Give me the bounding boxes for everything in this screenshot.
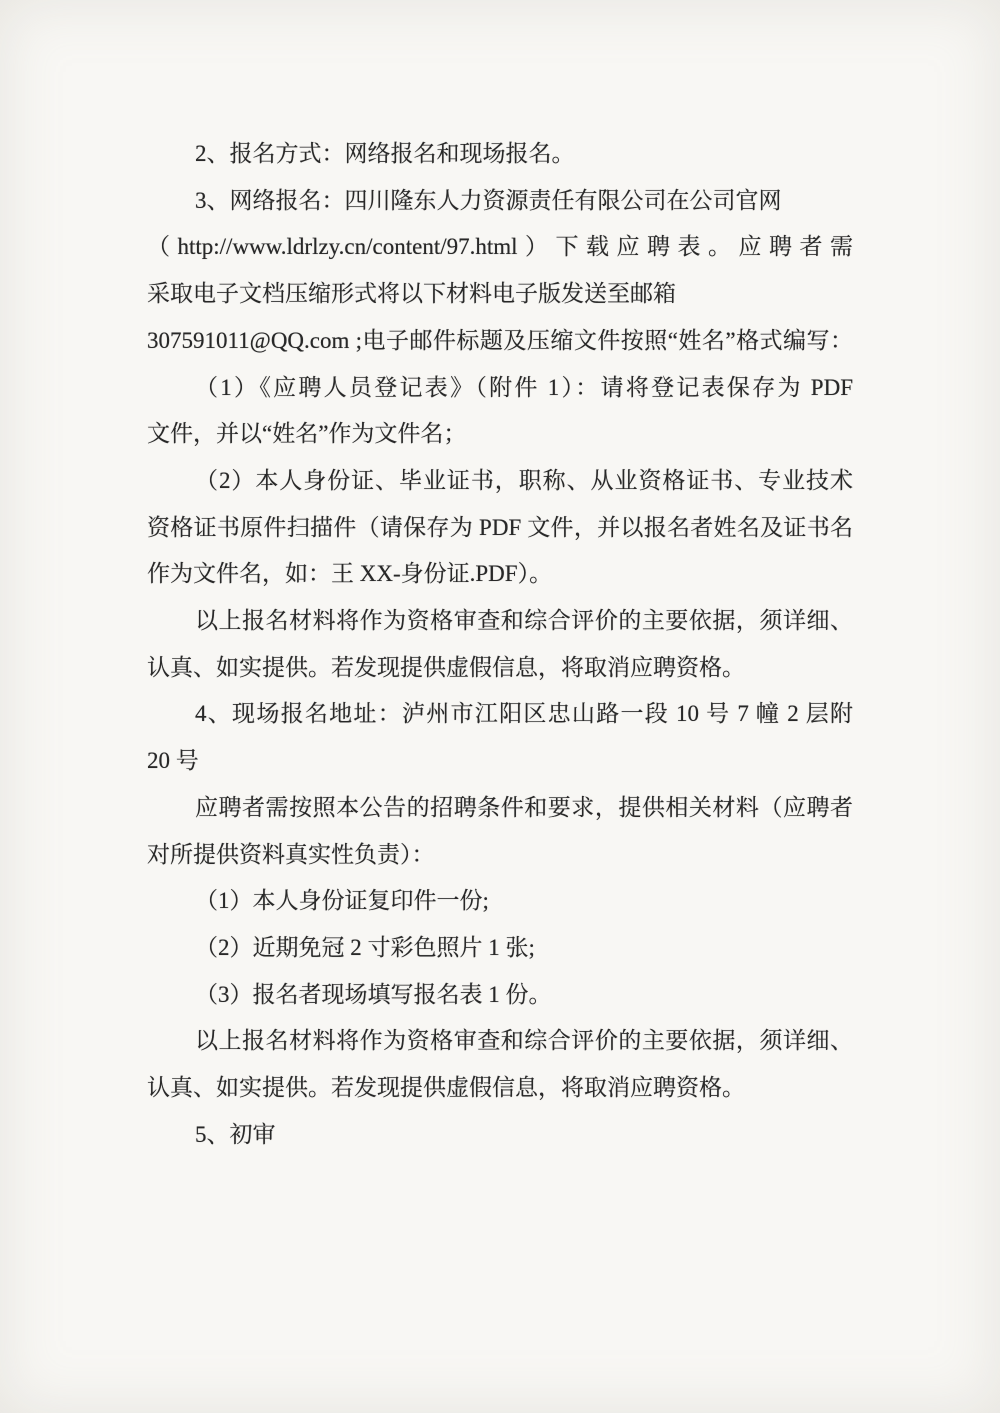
text-line: 5、初审 bbox=[147, 1112, 853, 1159]
text-line: 采取电子文档压缩形式将以下材料电子版发送至邮箱 bbox=[147, 271, 853, 318]
text-line: 应聘者需按照本公告的招聘条件和要求，提供相关材料（应聘者 bbox=[147, 785, 853, 832]
text-line: 对所提供资料真实性负责）： bbox=[147, 832, 853, 879]
text-line: 以上报名材料将作为资格审查和综合评价的主要依据，须详细、 bbox=[147, 1018, 853, 1065]
text-line: 文件，并以“姓名”作为文件名； bbox=[147, 411, 853, 458]
text-line: 认真、如实提供。若发现提供虚假信息，将取消应聘资格。 bbox=[147, 1065, 853, 1112]
document-text-block: 2、报名方式：网络报名和现场报名。3、网络报名：四川隆东人力资源责任有限公司在公… bbox=[147, 131, 853, 1158]
text-line: 307591011@QQ.com ;电子邮件标题及压缩文件按照“姓名”格式编写： bbox=[147, 318, 853, 365]
text-line: （2）本人身份证、毕业证书，职称、从业资格证书、专业技术 bbox=[147, 458, 853, 505]
text-line: 以上报名材料将作为资格审查和综合评价的主要依据，须详细、 bbox=[147, 598, 853, 645]
text-line: 20 号 bbox=[147, 738, 853, 785]
text-line: 2、报名方式：网络报名和现场报名。 bbox=[147, 131, 853, 178]
text-line: 认真、如实提供。若发现提供虚假信息，将取消应聘资格。 bbox=[147, 645, 853, 692]
text-line: （2）近期免冠 2 寸彩色照片 1 张; bbox=[147, 925, 853, 972]
text-line: 资格证书原件扫描件（请保存为 PDF 文件，并以报名者姓名及证书名 bbox=[147, 505, 853, 552]
text-line: 4、现场报名地址：泸州市江阳区忠山路一段 10 号 7 幢 2 层附 bbox=[147, 691, 853, 738]
document-page: 2、报名方式：网络报名和现场报名。3、网络报名：四川隆东人力资源责任有限公司在公… bbox=[0, 0, 1000, 1413]
text-line: 作为文件名，如：王 XX-身份证.PDF）。 bbox=[147, 551, 853, 598]
text-line: （1）《应聘人员登记表》（附件 1）：请将登记表保存为 PDF bbox=[147, 365, 853, 412]
text-line: （http://www.ldrlzy.cn/content/97.html）下载… bbox=[147, 224, 853, 271]
text-line: 3、网络报名：四川隆东人力资源责任有限公司在公司官网 bbox=[147, 178, 853, 225]
text-line: （1）本人身份证复印件一份; bbox=[147, 878, 853, 925]
text-line: （3）报名者现场填写报名表 1 份。 bbox=[147, 972, 853, 1019]
